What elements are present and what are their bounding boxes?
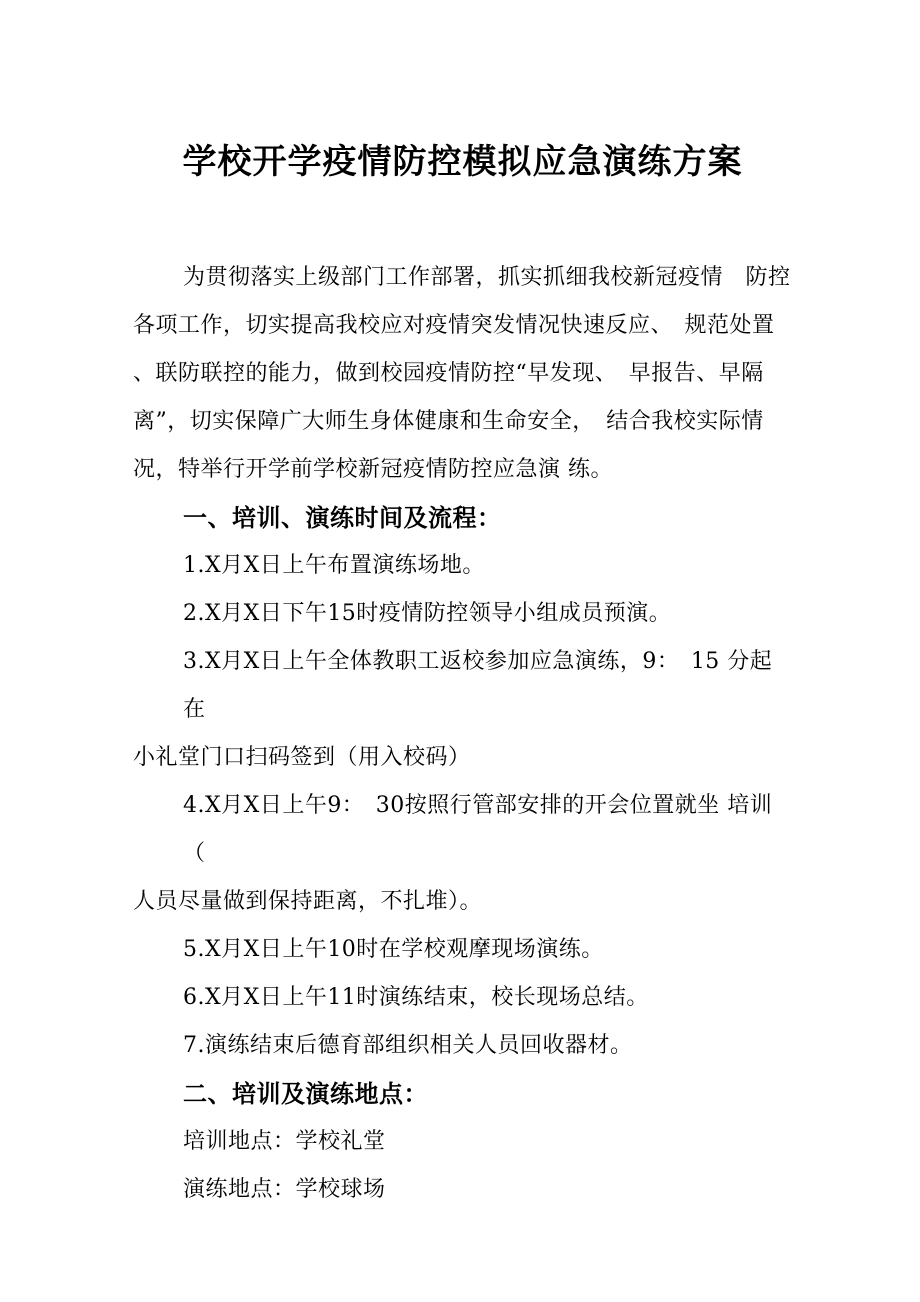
text-line: 2.X月X日下午15时疫情防控领导小组成员预演。	[133, 590, 792, 638]
text-line: 培训地点：学校礼堂	[133, 1118, 792, 1166]
text-line: 为贯彻落实上级部门工作部署，抓实抓细我校新冠疫情 防控	[133, 254, 792, 302]
text-line: 1.X月X日上午布置演练场地。	[133, 542, 792, 590]
text-line: 小礼堂门口扫码签到（用入校码）	[133, 734, 792, 782]
document-content: 学校开学疫情防控模拟应急演练方案 为贯彻落实上级部门工作部署，抓实抓细我校新冠疫…	[0, 0, 920, 1214]
section-heading: 一、培训、演练时间及流程：	[133, 494, 792, 542]
text-line: 人员尽量做到保持距离，不扎堆）。	[133, 878, 792, 926]
text-line: 6.X月X日上午11时演练结束，校长现场总结。	[133, 974, 792, 1022]
text-line: 7.演练结束后德育部组织相关人员回收器材。	[133, 1022, 792, 1070]
text-line: 3.X月X日上午全体教职工返校参加应急演练，9： 15 分起在	[133, 638, 792, 734]
document-page: 学校开学疫情防控模拟应急演练方案 为贯彻落实上级部门工作部署，抓实抓细我校新冠疫…	[0, 0, 920, 1302]
text-line: 5.X月X日上午10时在学校观摩现场演练。	[133, 926, 792, 974]
text-line: 演练地点：学校球场	[133, 1166, 792, 1214]
text-line: 、联防联控的能力，做到校园疫情防控“早发现、 早报告、早隔	[133, 350, 792, 398]
document-body: 为贯彻落实上级部门工作部署，抓实抓细我校新冠疫情 防控各项工作，切实提高我校应对…	[133, 254, 792, 1214]
text-line: 各项工作，切实提高我校应对疫情突发情况快速反应、 规范处置	[133, 302, 792, 350]
text-line: 4.X月X日上午9： 30按照行管部安排的开会位置就坐 培训（	[133, 782, 792, 878]
text-line: 离”，切实保障广大师生身体健康和生命安全， 结合我校实际情	[133, 398, 792, 446]
text-line: 况，特举行开学前学校新冠疫情防控应急演 练。	[133, 446, 792, 494]
section-heading: 二、培训及演练地点：	[133, 1070, 792, 1118]
document-title: 学校开学疫情防控模拟应急演练方案	[133, 140, 792, 184]
